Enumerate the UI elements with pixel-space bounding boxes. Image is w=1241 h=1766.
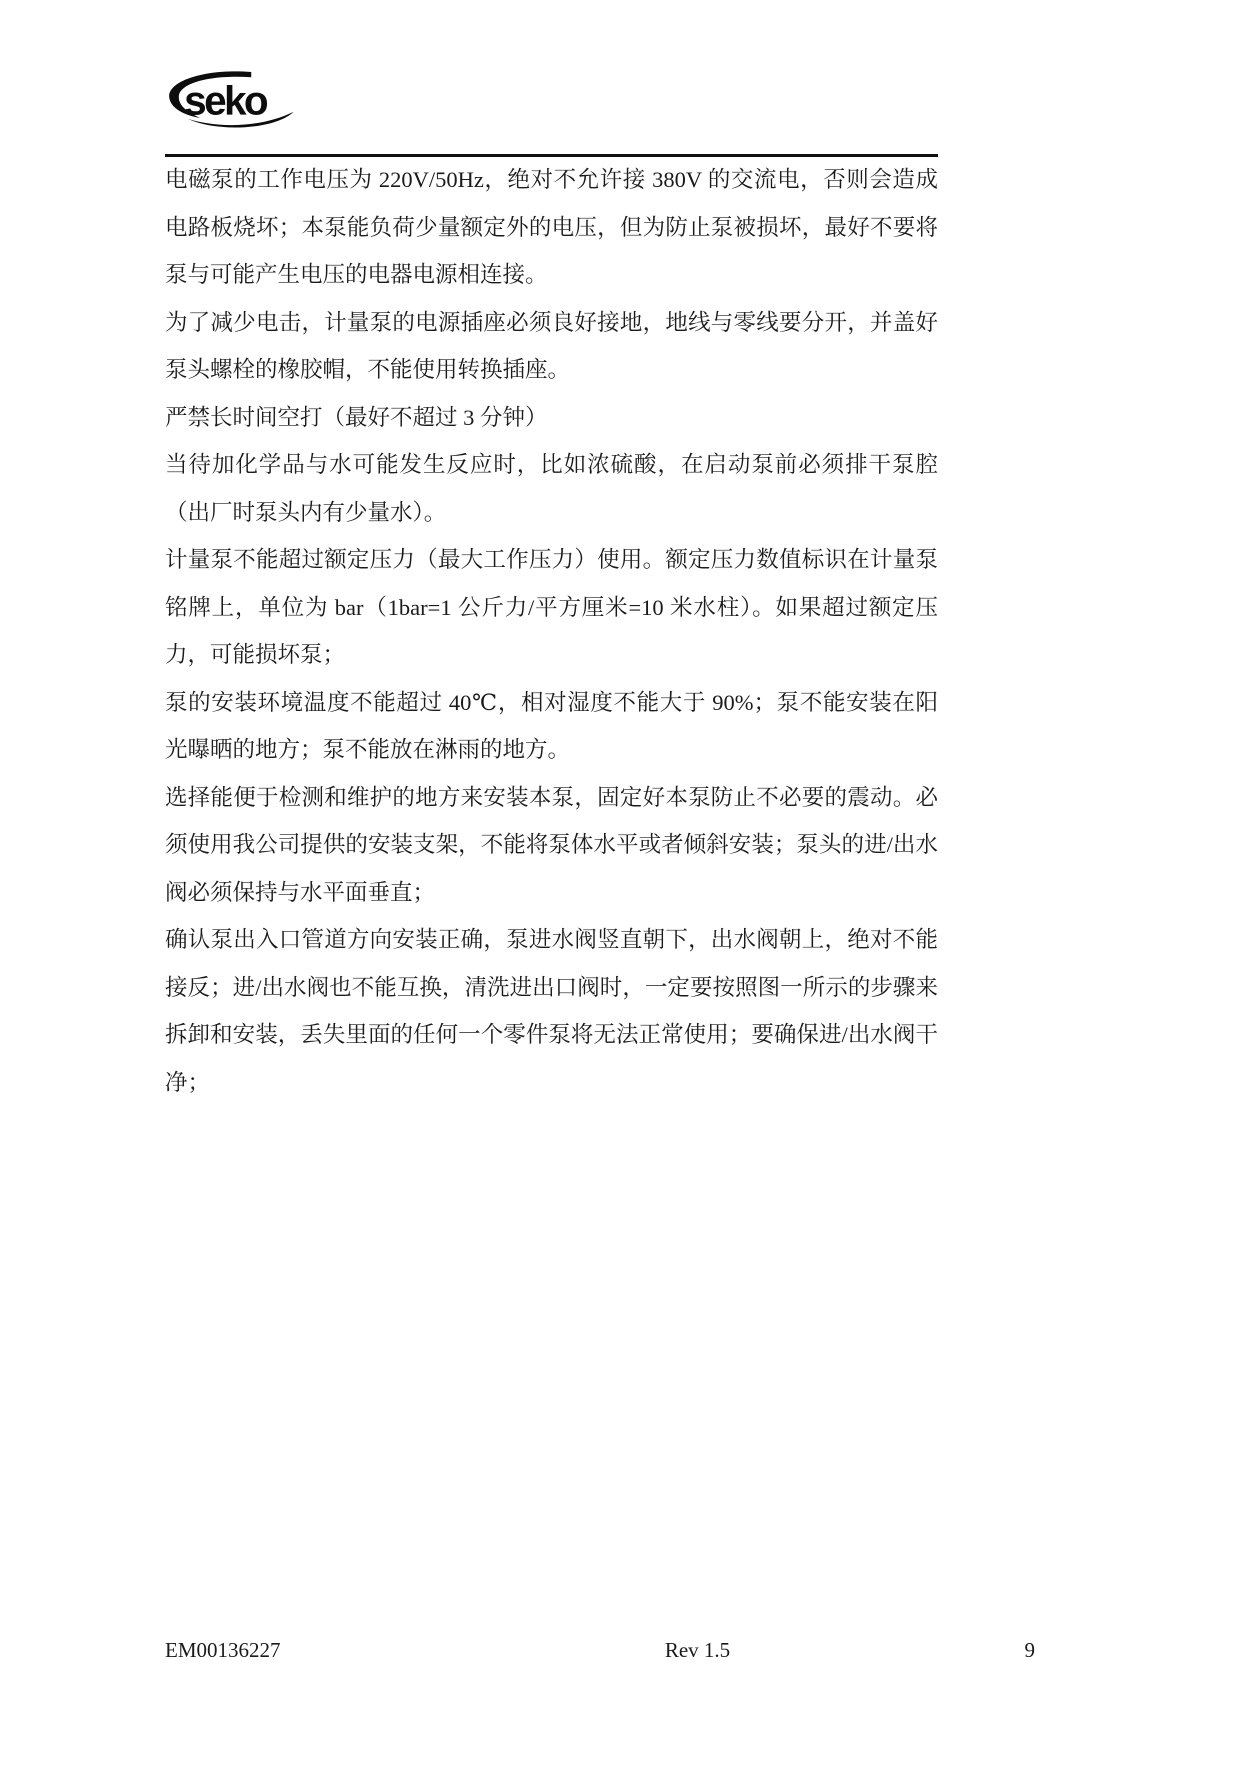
paragraph-valves: 确认泵出入口管道方向安装正确，泵进水阀竖直朝下，出水阀朝上，绝对不能接反；进/出…	[165, 916, 938, 1106]
paragraph-dry-run: 严禁长时间空打（最好不超过 3 分钟）	[165, 394, 938, 442]
footer-doc-number: EM00136227	[165, 1638, 281, 1663]
page-footer: EM00136227 Rev 1.5 9	[165, 1638, 1035, 1663]
footer-page-number: 9	[1024, 1638, 1035, 1663]
logo-wordmark: seko	[184, 77, 268, 123]
seko-logo: seko	[163, 70, 313, 134]
paragraph-grounding: 为了减少电击，计量泵的电源插座必须良好接地，地线与零线要分开，并盖好泵头螺栓的橡…	[165, 299, 938, 394]
paragraph-chemical-water: 当待加化学品与水可能发生反应时，比如浓硫酸，在启动泵前必须排干泵腔（出厂时泵头内…	[165, 441, 938, 536]
body-text: 电磁泵的工作电压为 220V/50Hz，绝对不允许接 380V 的交流电，否则会…	[165, 156, 938, 1106]
paragraph-mounting: 选择能便于检测和维护的地方来安装本泵，固定好本泵防止不必要的震动。必须使用我公司…	[165, 774, 938, 917]
footer-revision: Rev 1.5	[665, 1638, 730, 1663]
document-page: seko 电磁泵的工作电压为 220V/50Hz，绝对不允许接 380V 的交流…	[0, 0, 1241, 1766]
paragraph-rated-pressure: 计量泵不能超过额定压力（最大工作压力）使用。额定压力数值标识在计量泵铭牌上，单位…	[165, 536, 938, 679]
paragraph-power-voltage: 电磁泵的工作电压为 220V/50Hz，绝对不允许接 380V 的交流电，否则会…	[165, 156, 938, 299]
paragraph-environment: 泵的安装环境温度不能超过 40℃，相对湿度不能大于 90%；泵不能安装在阳光曝晒…	[165, 679, 938, 774]
